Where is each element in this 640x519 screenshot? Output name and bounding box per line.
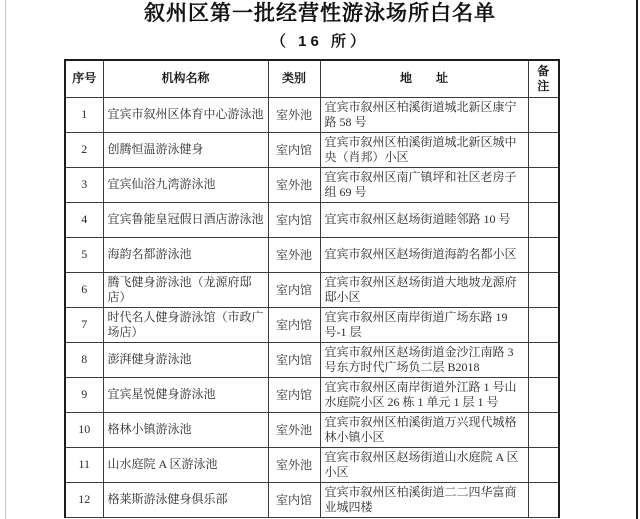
row-index-cell: 11: [65, 447, 103, 482]
remark-cell: [528, 167, 559, 202]
row-index-cell: 5: [65, 237, 103, 272]
page-subtitle: （ 16 所）: [0, 32, 640, 51]
table-header: 序号 机构名称 类别 地 址 备注: [65, 60, 559, 97]
table-row: 6 腾飞健身游泳池（龙源府邸店） 室内馆 宜宾市叙州区赵场街道大地坡龙源府邸小区: [65, 272, 559, 307]
org-name-cell: 格林小镇游泳池: [103, 412, 268, 447]
org-name-cell: 腾飞健身游泳池（龙源府邸店）: [103, 272, 268, 307]
address-cell: 宜宾市叙州区南广镇坪和社区老房子组 69 号: [320, 167, 528, 202]
row-index-cell: 7: [65, 307, 103, 342]
table-body: 1 宜宾市叙州区体育中心游泳池 室外池 宜宾市叙州区柏溪街道城北新区康宁路 58…: [65, 97, 559, 517]
page-left-edge-line: [5, 0, 6, 519]
row-index-cell: 10: [65, 412, 103, 447]
category-cell: 室外池: [268, 97, 320, 132]
category-cell: 室外池: [268, 237, 320, 272]
row-index-cell: 3: [65, 167, 103, 202]
remark-cell: [528, 447, 559, 482]
table-row: 5 海韵名都游泳池 室外池 宜宾市叙州区赵场街道海韵名都小区: [65, 237, 559, 272]
address-cell: 宜宾市叙州区赵场街道大地坡龙源府邸小区: [320, 272, 528, 307]
org-name-cell: 宜宾鲁能皇冠假日酒店游泳池: [103, 202, 268, 237]
remark-cell: [528, 412, 559, 447]
address-cell: 宜宾市叙州区南岸街道外江路 1 号山水庭院小区 26 栋 1 单元 1 层 1 …: [320, 377, 528, 412]
category-cell: 室内馆: [268, 342, 320, 377]
org-name-cell: 宜宾仙浴九湾游泳池: [103, 167, 268, 202]
address-cell: 宜宾市叙州区赵场街道金沙江南路 3 号东方时代广场负二层 B2018: [320, 342, 528, 377]
table-row: 2 创腾恒温游泳健身 室内馆 宜宾市叙州区柏溪街道城北新区城中央（肖邦）小区: [65, 132, 559, 167]
remark-cell: [528, 342, 559, 377]
category-cell: 室内馆: [268, 132, 320, 167]
row-index-cell: 8: [65, 342, 103, 377]
page-title: 叙州区第一批经营性游泳场所白名单: [0, 0, 640, 28]
table-row: 1 宜宾市叙州区体育中心游泳池 室外池 宜宾市叙州区柏溪街道城北新区康宁路 58…: [65, 97, 559, 132]
row-index-cell: 12: [65, 482, 103, 517]
row-index-cell: 1: [65, 97, 103, 132]
org-name-cell: 海韵名都游泳池: [103, 237, 268, 272]
address-cell: 宜宾市叙州区南岸街道广场东路 19 号-1 层: [320, 307, 528, 342]
document-page: 叙州区第一批经营性游泳场所白名单 （ 16 所） 序号 机构名称 类别 地 址 …: [0, 0, 640, 519]
table-row: 12 格莱斯游泳健身俱乐部 室内馆 宜宾市叙州区柏溪街道二二四华富商业城四楼: [65, 482, 559, 517]
org-name-cell: 创腾恒温游泳健身: [103, 132, 268, 167]
address-cell: 宜宾市叙州区柏溪街道万兴现代城格林小镇小区: [320, 412, 528, 447]
row-index-cell: 4: [65, 202, 103, 237]
header-name: 机构名称: [103, 60, 268, 97]
table-row: 8 澎湃健身游泳池 室内馆 宜宾市叙州区赵场街道金沙江南路 3 号东方时代广场负…: [65, 342, 559, 377]
remark-cell: [528, 307, 559, 342]
remark-cell: [528, 132, 559, 167]
header-category: 类别: [268, 60, 320, 97]
category-cell: 室外池: [268, 447, 320, 482]
header-address: 地 址: [320, 60, 528, 97]
org-name-cell: 澎湃健身游泳池: [103, 342, 268, 377]
org-name-cell: 宜宾市叙州区体育中心游泳池: [103, 97, 268, 132]
table-row: 10 格林小镇游泳池 室外池 宜宾市叙州区柏溪街道万兴现代城格林小镇小区: [65, 412, 559, 447]
address-cell: 宜宾市叙州区柏溪街道城北新区城中央（肖邦）小区: [320, 132, 528, 167]
remark-cell: [528, 97, 559, 132]
address-cell: 宜宾市叙州区赵场街道睦邻路 10 号: [320, 202, 528, 237]
category-cell: 室内馆: [268, 377, 320, 412]
address-cell: 宜宾市叙州区赵场街道山水庭院 A 区小区: [320, 447, 528, 482]
row-index-cell: 9: [65, 377, 103, 412]
header-remark: 备注: [528, 60, 559, 97]
category-cell: 室外池: [268, 412, 320, 447]
table-row: 7 时代名人健身游泳馆（市政广场店） 室内馆 宜宾市叙州区南岸街道广场东路 19…: [65, 307, 559, 342]
row-index-cell: 6: [65, 272, 103, 307]
category-cell: 室内馆: [268, 272, 320, 307]
table-row: 3 宜宾仙浴九湾游泳池 室外池 宜宾市叙州区南广镇坪和社区老房子组 69 号: [65, 167, 559, 202]
org-name-cell: 时代名人健身游泳馆（市政广场店）: [103, 307, 268, 342]
table-row: 11 山水庭院 A 区游泳池 室外池 宜宾市叙州区赵场街道山水庭院 A 区小区: [65, 447, 559, 482]
org-name-cell: 格莱斯游泳健身俱乐部: [103, 482, 268, 517]
org-name-cell: 宜宾星悦健身游泳池: [103, 377, 268, 412]
address-cell: 宜宾市叙州区柏溪街道二二四华富商业城四楼: [320, 482, 528, 517]
category-cell: 室内馆: [268, 482, 320, 517]
row-index-cell: 2: [65, 132, 103, 167]
header-index: 序号: [65, 60, 103, 97]
category-cell: 室内馆: [268, 307, 320, 342]
address-cell: 宜宾市叙州区赵场街道海韵名都小区: [320, 237, 528, 272]
remark-cell: [528, 377, 559, 412]
remark-cell: [528, 237, 559, 272]
page-right-edge-line: [636, 0, 638, 519]
remark-cell: [528, 272, 559, 307]
category-cell: 室外池: [268, 167, 320, 202]
org-name-cell: 山水庭院 A 区游泳池: [103, 447, 268, 482]
remark-cell: [528, 482, 559, 517]
header-row: 序号 机构名称 类别 地 址 备注: [65, 60, 559, 97]
whitelist-table: 序号 机构名称 类别 地 址 备注 1 宜宾市叙州区体育中心游泳池 室外池 宜宾…: [64, 59, 560, 518]
address-cell: 宜宾市叙州区柏溪街道城北新区康宁路 58 号: [320, 97, 528, 132]
table-row: 4 宜宾鲁能皇冠假日酒店游泳池 室内馆 宜宾市叙州区赵场街道睦邻路 10 号: [65, 202, 559, 237]
table-row: 9 宜宾星悦健身游泳池 室内馆 宜宾市叙州区南岸街道外江路 1 号山水庭院小区 …: [65, 377, 559, 412]
category-cell: 室内馆: [268, 202, 320, 237]
remark-cell: [528, 202, 559, 237]
